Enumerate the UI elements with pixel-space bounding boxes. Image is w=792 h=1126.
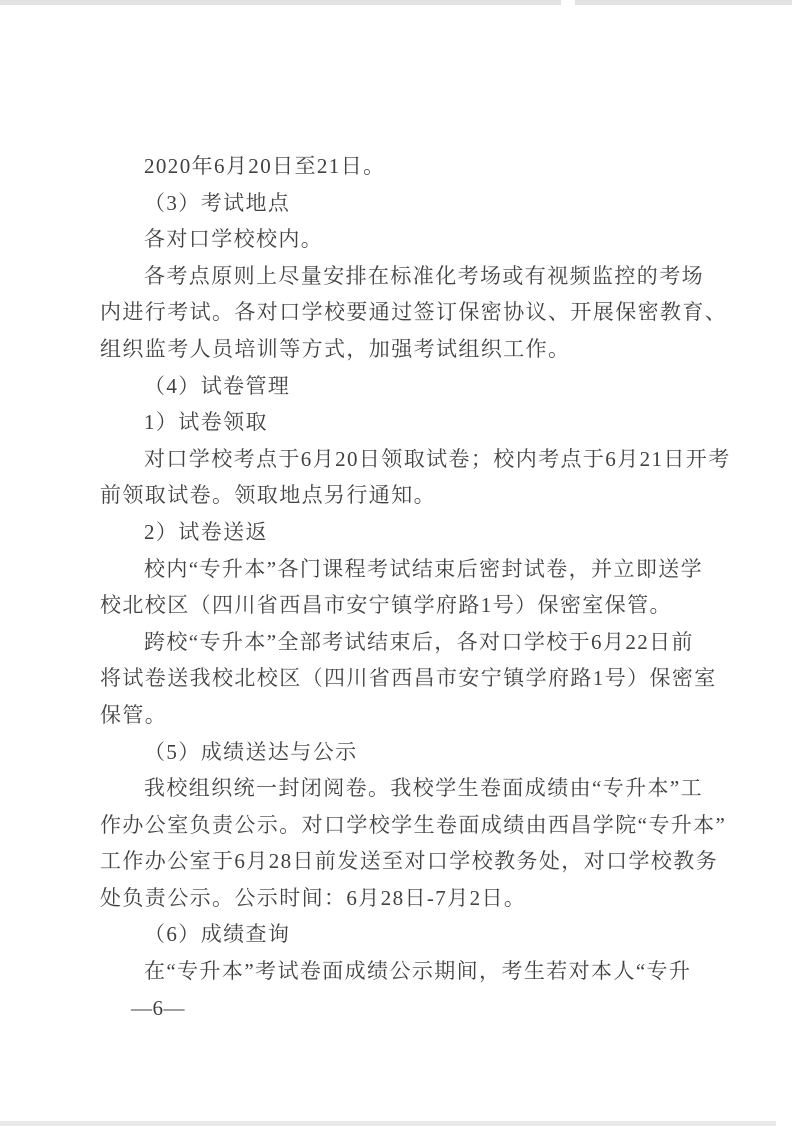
- body-text-line: 前领取试卷。领取地点另行通知。: [100, 477, 750, 514]
- body-text-line: 保管。: [100, 697, 750, 734]
- body-text-line: 各考点原则上尽量安排在标准化考场或有视频监控的考场: [100, 258, 750, 295]
- body-text-line: 组织监考人员培训等方式，加强考试组织工作。: [100, 331, 750, 368]
- page-number: —6—: [131, 994, 185, 1022]
- scan-edge-bottom: [0, 1121, 776, 1126]
- body-text-line: 2020年6月20日至21日。: [100, 148, 750, 185]
- body-text-line: 校内“专升本”各门课程考试结束后密封试卷，并立即送学: [100, 551, 750, 588]
- body-text-line: 跨校“专升本”全部考试结束后，各对口学校于6月22日前: [100, 624, 750, 661]
- scan-edge-top: [0, 0, 561, 5]
- body-text-line: 各对口学校校内。: [100, 221, 750, 258]
- heading-line: （3）考试地点: [100, 185, 750, 222]
- heading-line: （5）成绩送达与公示: [100, 734, 750, 771]
- body-text-line: 对口学校考点于6月20日领取试卷；校内考点于6月21日开考: [100, 441, 750, 478]
- subheading-line: 1）试卷领取: [100, 404, 750, 441]
- body-text-line: 在“专升本”考试卷面成绩公示期间，考生若对本人“专升: [100, 953, 750, 990]
- heading-line: （6）成绩查询: [100, 916, 750, 953]
- document-page: 2020年6月20日至21日。 （3）考试地点 各对口学校校内。 各考点原则上尽…: [0, 0, 792, 1126]
- body-text-line: 我校组织统一封闭阅卷。我校学生卷面成绩由“专升本”工: [100, 770, 750, 807]
- body-text-line: 作办公室负责公示。对口学校学生卷面成绩由西昌学院“专升本”: [100, 807, 750, 844]
- body-text-line: 工作办公室于6月28日前发送至对口学校教务处，对口学校教务: [100, 843, 750, 880]
- document-body: 2020年6月20日至21日。 （3）考试地点 各对口学校校内。 各考点原则上尽…: [100, 148, 750, 990]
- body-text-line: 将试卷送我校北校区（四川省西昌市安宁镇学府路1号）保密室: [100, 660, 750, 697]
- body-text-line: 内进行考试。各对口学校要通过签订保密协议、开展保密教育、: [100, 294, 750, 331]
- scan-edge-top: [575, 0, 792, 5]
- heading-line: （4）试卷管理: [100, 368, 750, 405]
- body-text-line: 校北校区（四川省西昌市安宁镇学府路1号）保密室保管。: [100, 587, 750, 624]
- body-text-line: 处负责公示。公示时间：6月28日-7月2日。: [100, 880, 750, 917]
- subheading-line: 2）试卷送返: [100, 514, 750, 551]
